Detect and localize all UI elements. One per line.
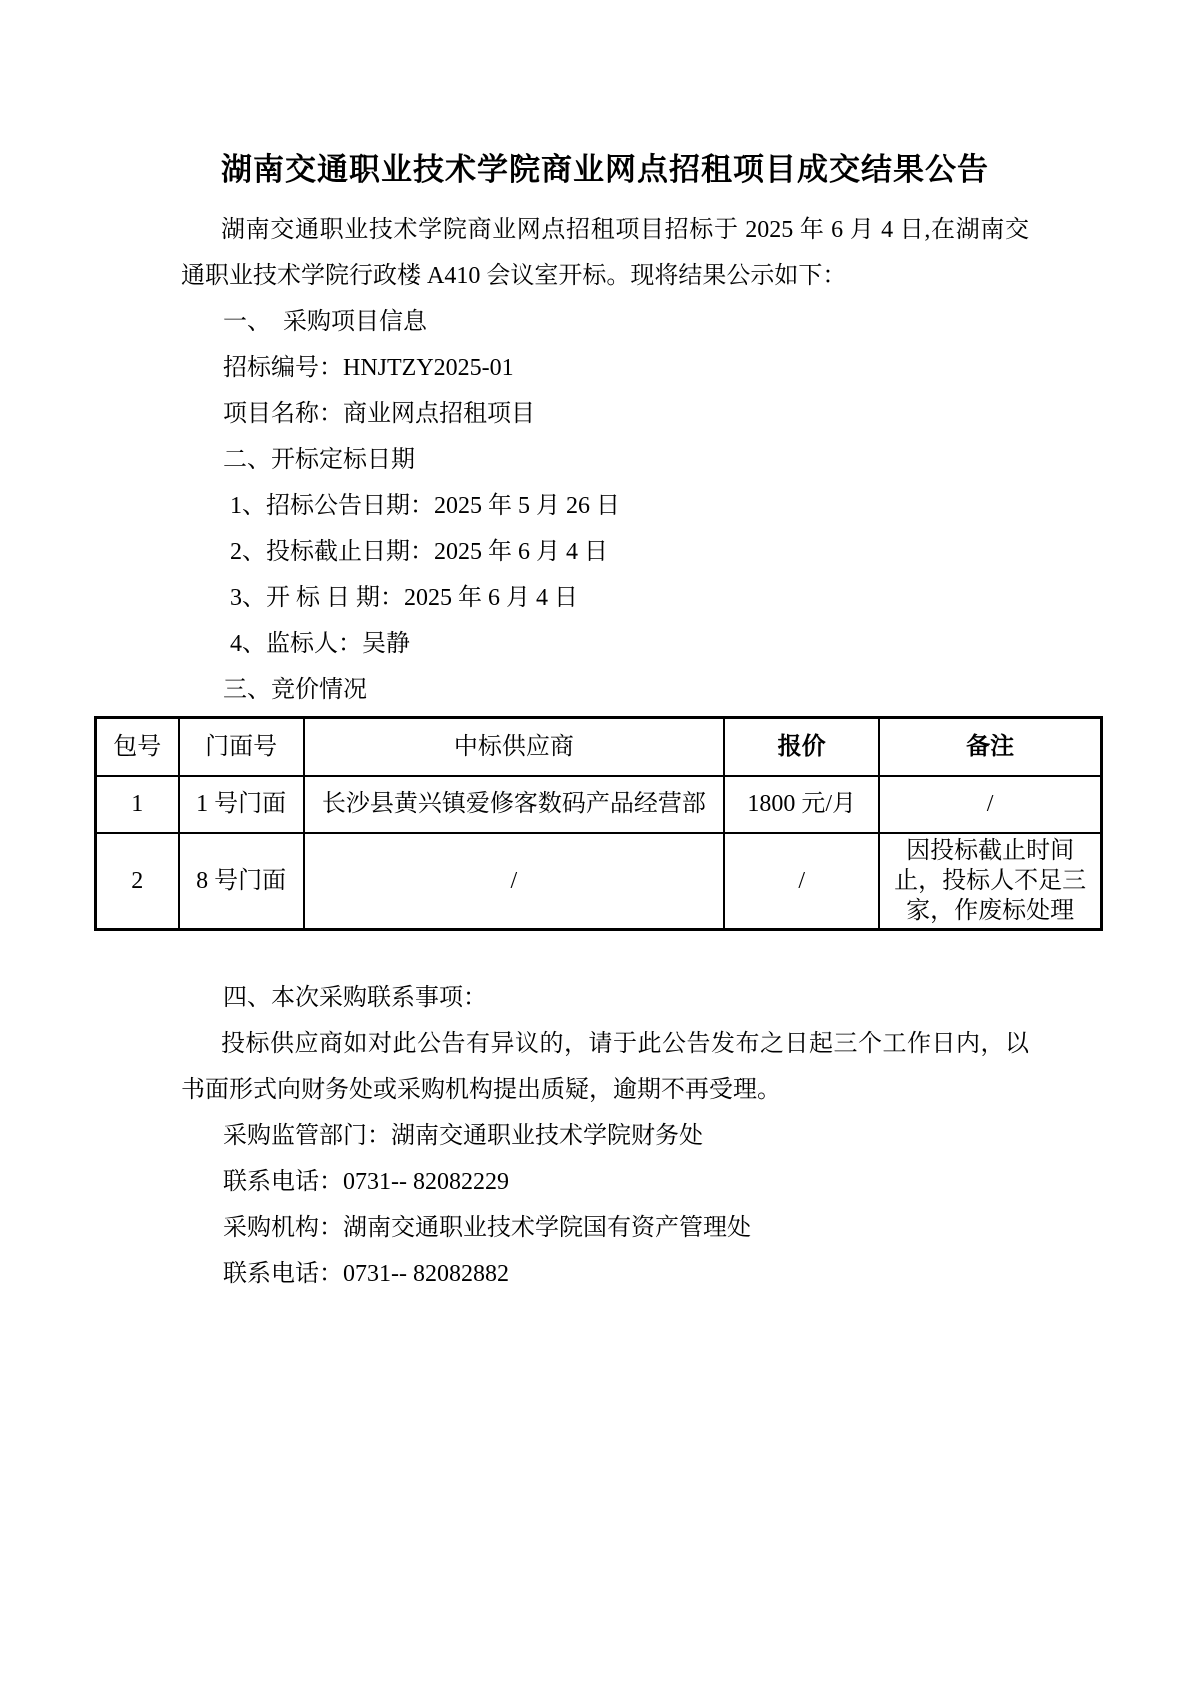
supervisor-line: 4、监标人：吴静 — [181, 621, 1029, 667]
table-row: 1 1 号门面 长沙县黄兴镇爱修客数码产品经营部 1800 元/月 / — [96, 776, 1102, 833]
col-header-package-no: 包号 — [96, 718, 179, 776]
supervising-phone-line: 联系电话：0731-- 82082229 — [181, 1159, 1029, 1205]
section-3-heading: 三、竞价情况 — [181, 667, 1029, 713]
col-header-quote: 报价 — [724, 718, 879, 776]
agency-phone-line: 联系电话：0731-- 82082882 — [181, 1251, 1029, 1297]
procurement-agency-line: 采购机构：湖南交通职业技术学院国有资产管理处 — [181, 1205, 1029, 1251]
bid-number-line: 招标编号：HNJTZY2025-01 — [181, 345, 1029, 391]
table-header-row: 包号 门面号 中标供应商 报价 备注 — [96, 718, 1102, 776]
cell-quote: / — [724, 833, 879, 930]
page-title: 湖南交通职业技术学院商业网点招租项目成交结果公告 — [181, 148, 1029, 192]
bid-deadline-line: 2、投标截止日期：2025 年 6 月 4 日 — [181, 529, 1029, 575]
announce-date-line: 1、招标公告日期：2025 年 5 月 26 日 — [181, 483, 1029, 529]
cell-winning-supplier: 长沙县黄兴镇爱修客数码产品经营部 — [304, 776, 724, 833]
opening-date-line: 3、开 标 日 期：2025 年 6 月 4 日 — [181, 575, 1029, 621]
cell-package-no: 2 — [96, 833, 179, 930]
intro-paragraph: 湖南交通职业技术学院商业网点招租项目招标于 2025 年 6 月 4 日,在湖南… — [181, 207, 1029, 299]
cell-winning-supplier: / — [304, 833, 724, 930]
table-row: 2 8 号门面 / / 因投标截止时间止，投标人不足三家，作废标处理 — [96, 833, 1102, 930]
supervising-department-line: 采购监管部门：湖南交通职业技术学院财务处 — [181, 1113, 1029, 1159]
section-4-heading: 四、本次采购联系事项： — [181, 975, 1029, 1021]
document-content: 湖南交通职业技术学院商业网点招租项目成交结果公告 湖南交通职业技术学院商业网点招… — [181, 0, 1029, 1297]
col-header-winning-supplier: 中标供应商 — [304, 718, 724, 776]
cell-shopfront-no: 8 号门面 — [179, 833, 304, 930]
col-header-shopfront-no: 门面号 — [179, 718, 304, 776]
project-name-line: 项目名称：商业网点招租项目 — [181, 391, 1029, 437]
cell-package-no: 1 — [96, 776, 179, 833]
section-1-heading: 一、 采购项目信息 — [181, 299, 1029, 345]
bid-results-table: 包号 门面号 中标供应商 报价 备注 1 1 号门面 长沙县黄兴镇爱修客数码产品… — [94, 716, 1103, 931]
cell-quote: 1800 元/月 — [724, 776, 879, 833]
cell-remark: 因投标截止时间止，投标人不足三家，作废标处理 — [879, 833, 1101, 930]
cell-shopfront-no: 1 号门面 — [179, 776, 304, 833]
objection-paragraph: 投标供应商如对此公告有异议的，请于此公告发布之日起三个工作日内，以书面形式向财务… — [181, 1021, 1029, 1113]
section-2-heading: 二、开标定标日期 — [181, 437, 1029, 483]
col-header-remark: 备注 — [879, 718, 1101, 776]
cell-remark: / — [879, 776, 1101, 833]
document-page: 湖南交通职业技术学院商业网点招租项目成交结果公告 湖南交通职业技术学院商业网点招… — [0, 0, 1191, 1684]
